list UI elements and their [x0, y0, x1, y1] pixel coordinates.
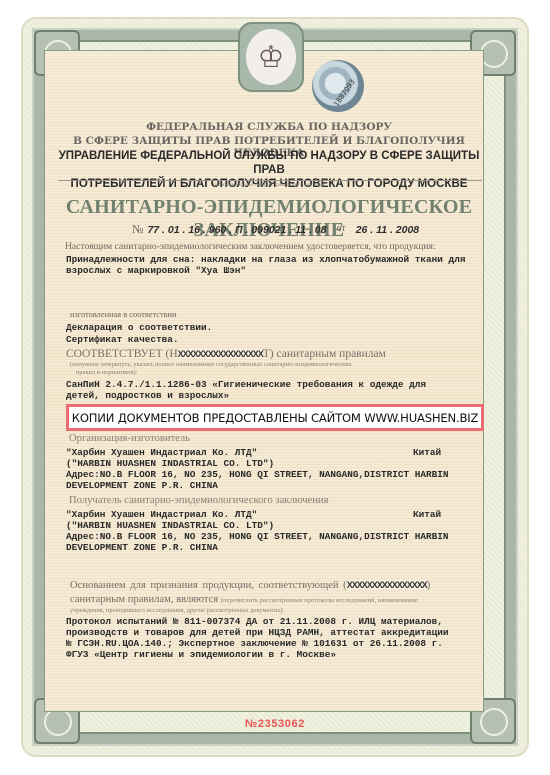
basis-doc-line2: производств и товаров для детей при НЦЗД… [66, 627, 449, 638]
basis-prefix: Основанием для признания продукции, соот… [70, 580, 347, 591]
recipient-details: "Харбин Хуашен Индастриал Ко. ЛТД"("HARB… [66, 509, 449, 553]
manufacturer-address-line2: DEVELOPMENT ZONE P.R. CHINA [66, 480, 449, 491]
recipient-address-line1: Адрес:NO.B FLOOR 16, NO 235, HONG QI STR… [66, 531, 449, 542]
redacted-mark: XXXXXXXXXXXXXXXX [347, 580, 427, 590]
basis-doc-line1: Протокол испытаний № 811-007374 ДА от 21… [66, 616, 449, 627]
basis-note-line3: учреждения, проводившего исследования, д… [70, 607, 284, 615]
hologram-seal-icon: 1887093 [312, 60, 364, 112]
agency-title-line1: ФЕДЕРАЛЬНАЯ СЛУЖБА ПО НАДЗОРУ [54, 121, 484, 133]
recipient-name-ru: "Харбин Хуашен Индастриал Ко. ЛТД" [66, 509, 449, 520]
document-number: 77 . 01 . 16 . 960 . П . 099021 . 11 . 0… [147, 224, 326, 236]
department-caption: (наименование территориального органа) [54, 182, 484, 188]
manufacturer-name-en: ("HARBIN HUASHEN INDASTRIAL CO. LTD") [66, 458, 449, 469]
manufactured-label: изготовленная в соответствии [70, 310, 177, 319]
document-number-line: №77 . 01 . 16 . 960 . П . 099021 . 11 . … [132, 222, 419, 237]
document-date: 26 . 11 . 2008 [356, 224, 419, 236]
recipient-country: Китай [413, 509, 441, 520]
basis-main: санитарным правилам, являются [70, 594, 218, 605]
compliance-prefix: СООТВЕТСТВУЕТ (Н [66, 348, 178, 360]
sanitary-rule-line1: СанПиН 2.4.7./1.1.1286-03 «Гигиенические… [66, 379, 426, 390]
date-prefix: от [336, 223, 345, 234]
watermark-banner: КОПИИ ДОКУМЕНТОВ ПРЕДОСТАВЛЕНЫ САЙТОМ WW… [66, 404, 484, 431]
basis-line1: Основанием для признания продукции, соот… [70, 580, 430, 591]
divider [58, 180, 482, 181]
product-intro: Настоящим санитарно-эпидемиологическим з… [65, 241, 436, 252]
basis-documents: Протокол испытаний № 811-007374 ДА от 21… [66, 616, 449, 660]
basis-suffix: ) [427, 580, 431, 591]
manufactured-basis: Декларация о соответствии.Сертификат кач… [66, 322, 212, 346]
manufacturer-label: Организация-изготовитель [69, 433, 190, 444]
product-description: Принадлежности для сна: накладки на глаз… [66, 254, 465, 276]
product-description-line2: взрослых с маркировкой "Хуа Шэн" [66, 265, 465, 276]
basis-doc-line4: ФГУЗ «Центр гигиены и эпидемиологии в г.… [66, 649, 449, 660]
recipient-label: Получатель санитарно-эпидемиологического… [69, 495, 328, 506]
number-sign: № [132, 222, 143, 236]
recipient-name-en: ("HARBIN HUASHEN INDASTRIAL CO. LTD") [66, 520, 449, 531]
compliance-note-line1: (ненужное зачеркнуть, указать полное наи… [70, 361, 352, 369]
double-headed-eagle-icon: ♔ [246, 29, 296, 85]
compliance-note-line2: правил и нормативов): [70, 369, 352, 377]
basis-note: (перечислить рассмотренные протоколы исс… [221, 597, 418, 604]
manufacturer-country: Китай [413, 447, 441, 458]
serial-number: №2353062 [0, 718, 550, 730]
declaration-line: Декларация о соответствии. [66, 322, 212, 334]
recipient-address-line2: DEVELOPMENT ZONE P.R. CHINA [66, 542, 449, 553]
sanitary-rule: СанПиН 2.4.7./1.1.1286-03 «Гигиенические… [66, 379, 426, 401]
product-description-line1: Принадлежности для сна: накладки на глаз… [66, 254, 465, 265]
sanitary-rule-line2: детей, подростков и взрослых» [66, 390, 426, 401]
manufacturer-name-ru: "Харбин Хуашен Индастриал Ко. ЛТД" [66, 447, 449, 458]
compliance-suffix: Т) санитарным правилам [263, 348, 386, 360]
hologram-number: 1887093 [333, 78, 357, 108]
watermark-banner-text: КОПИИ ДОКУМЕНТОВ ПРЕДОСТАВЛЕНЫ САЙТОМ WW… [69, 407, 481, 428]
compliance-note: (ненужное зачеркнуть, указать полное наи… [70, 361, 352, 377]
redacted-mark: XXXXXXXXXXXXXXXXX [178, 349, 263, 359]
manufacturer-address-line1: Адрес:NO.B FLOOR 16, NO 235, HONG QI STR… [66, 469, 449, 480]
quality-certificate-line: Сертификат качества. [66, 334, 212, 346]
basis-line2: санитарным правилам, являются (перечисли… [70, 594, 418, 605]
department-line1: УПРАВЛЕНИЕ ФЕДЕРАЛЬНОЙ СЛУЖБЫ ПО НАДЗОРУ… [54, 149, 484, 177]
basis-doc-line3: № ГСЭН.RU.ЦОА.140.; Экспертное заключени… [66, 638, 449, 649]
compliance-statement: СООТВЕТСТВУЕТ (НXXXXXXXXXXXXXXXXXТ) сани… [66, 348, 386, 360]
coat-of-arms-emblem: ♔ [238, 22, 304, 92]
manufacturer-details: "Харбин Хуашен Индастриал Ко. ЛТД"("HARB… [66, 447, 449, 491]
